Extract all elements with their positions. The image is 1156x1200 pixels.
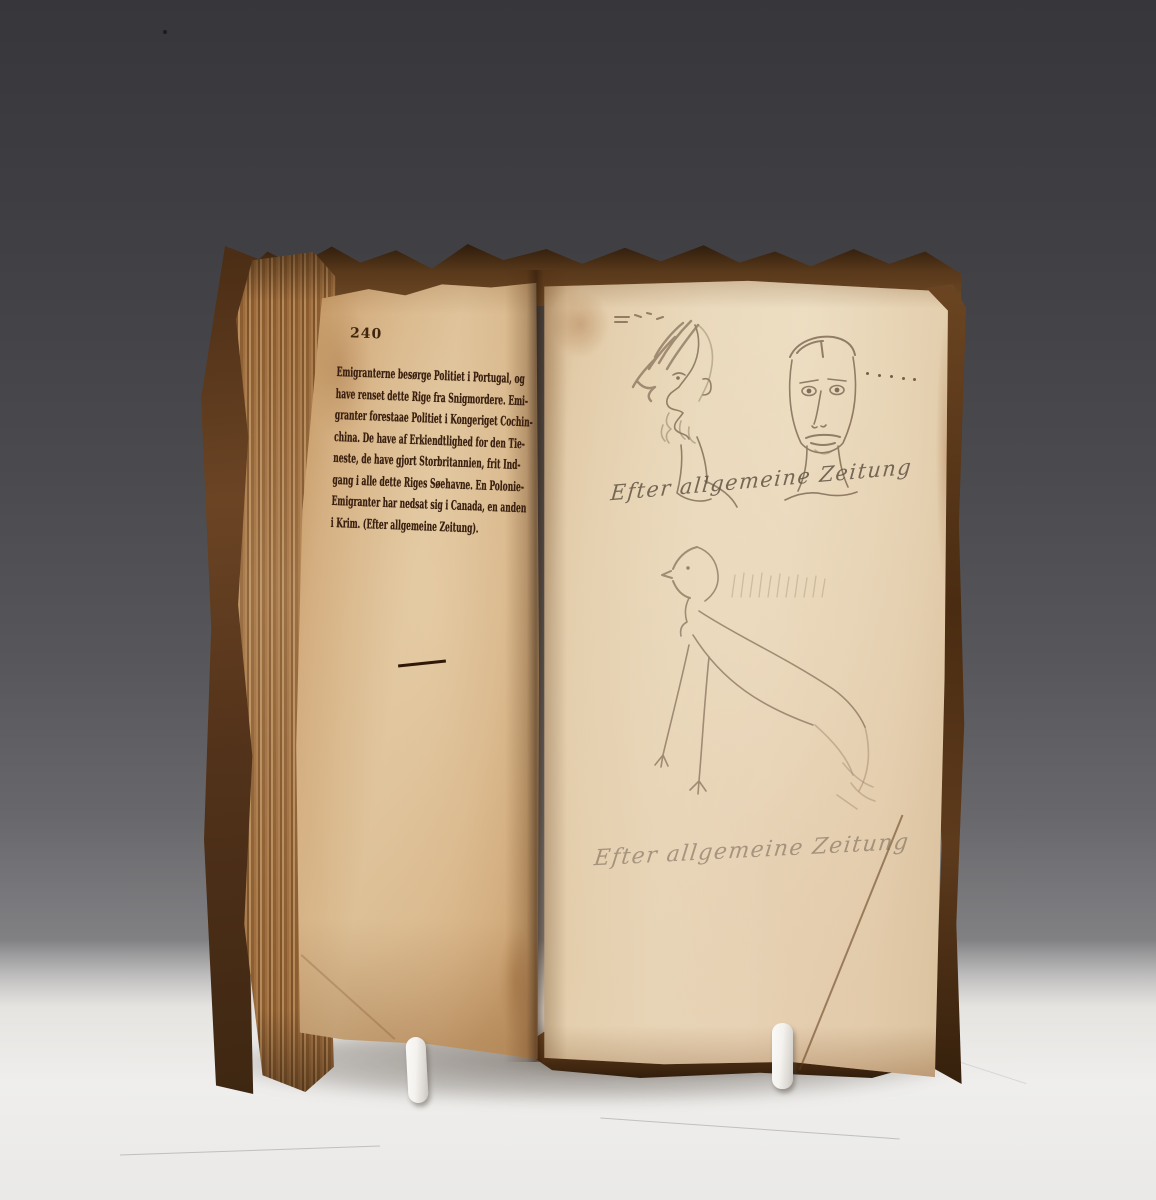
wormhole-speck — [913, 378, 916, 381]
wormhole-speck — [866, 372, 869, 375]
wormhole-speck — [890, 375, 893, 378]
wormhole-speck — [878, 374, 881, 377]
scribble-marks-sketch — [615, 313, 663, 322]
printed-paragraph: Emigranterne besørge Politiet i Portugal… — [330, 362, 528, 541]
dust-speck — [163, 30, 167, 34]
seated-figure-sketch — [655, 547, 875, 809]
page-number: 240 — [350, 325, 383, 342]
book-stand-peg-left — [405, 1037, 428, 1104]
pencil-sketches — [585, 295, 955, 825]
book-stand-peg-right — [772, 1023, 793, 1089]
photo-scene: 240 Emigranterne besørge Politiet i Port… — [0, 0, 1156, 1200]
wormhole-speck — [902, 377, 905, 380]
